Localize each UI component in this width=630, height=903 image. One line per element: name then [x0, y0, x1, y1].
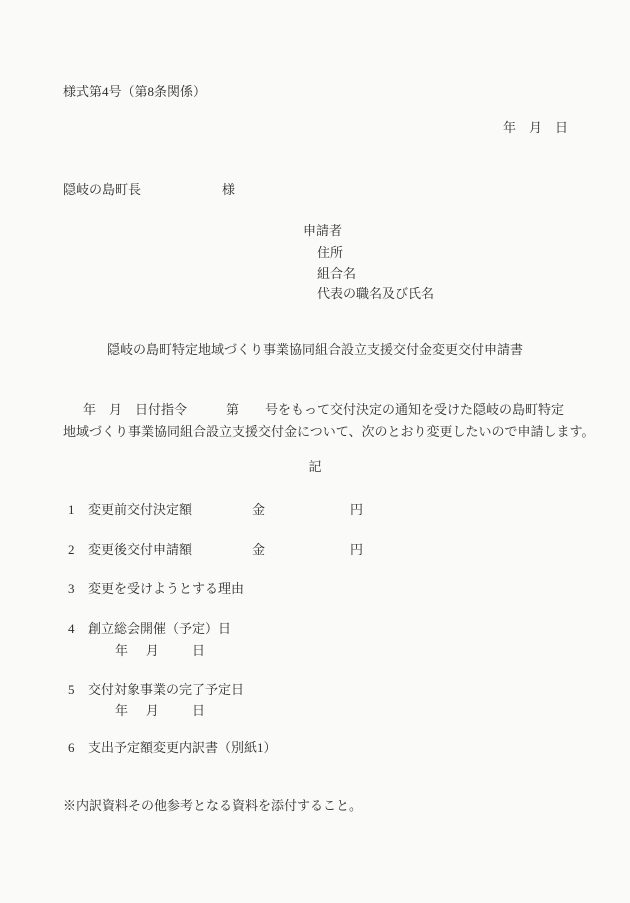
item-1-label: 変更前交付決定額 [88, 503, 192, 516]
item-3-number: 3 [68, 582, 75, 595]
item-5-number: 5 [68, 683, 75, 696]
item-2-label: 変更後交付申請額 [88, 543, 192, 556]
document-title: 隠岐の島町特定地域づくり事業協同組合設立支援交付金変更交付申請書 [0, 343, 630, 356]
item-6-number: 6 [68, 741, 75, 754]
date-placeholder-top: 年 月 日 [503, 121, 568, 134]
item-4-label: 創立総会開催（予定）日 [88, 622, 231, 635]
record-marker: 記 [0, 460, 630, 473]
form-number: 様式第4号（第8条関係） [63, 85, 206, 98]
item-1-number: 1 [68, 503, 75, 516]
item-1-amount-suffix: 円 [350, 503, 363, 516]
item-4-number: 4 [68, 622, 75, 635]
item-6-label: 支出予定額変更内訳書（別紙1） [88, 741, 277, 754]
addressee-honorific: 様 [222, 183, 235, 196]
item-3-label: 変更を受けようとする理由 [88, 582, 244, 595]
applicant-address-label: 住所 [317, 246, 343, 259]
attachment-note: ※内訳資料その他参考となる資料を添付すること。 [63, 799, 362, 812]
body-paragraph-line1: 年 月 日付指令 第 号をもって交付決定の通知を受けた隠岐の島町特定 [83, 403, 564, 416]
applicant-union-name-label: 組合名 [317, 267, 356, 280]
applicant-label: 申請者 [303, 224, 342, 237]
addressee-name: 隠岐の島町長 [63, 183, 141, 196]
application-form-page: 様式第4号（第8条関係） 年 月 日 隠岐の島町長 様 申請者 住所 組合名 代… [0, 0, 630, 903]
item-2-amount-prefix: 金 [252, 543, 265, 556]
item-1-amount-prefix: 金 [252, 503, 265, 516]
item-5-date-placeholder: 年 月 日 [115, 704, 207, 717]
applicant-representative-label: 代表の職名及び氏名 [317, 287, 434, 300]
body-paragraph-line2: 地域づくり事業協同組合設立支援交付金について、次のとおり変更したいので申請します… [63, 425, 594, 438]
item-2-number: 2 [68, 543, 75, 556]
item-2-amount-suffix: 円 [350, 543, 363, 556]
item-4-date-placeholder: 年 月 日 [115, 644, 207, 657]
item-5-label: 交付対象事業の完了予定日 [88, 683, 244, 696]
